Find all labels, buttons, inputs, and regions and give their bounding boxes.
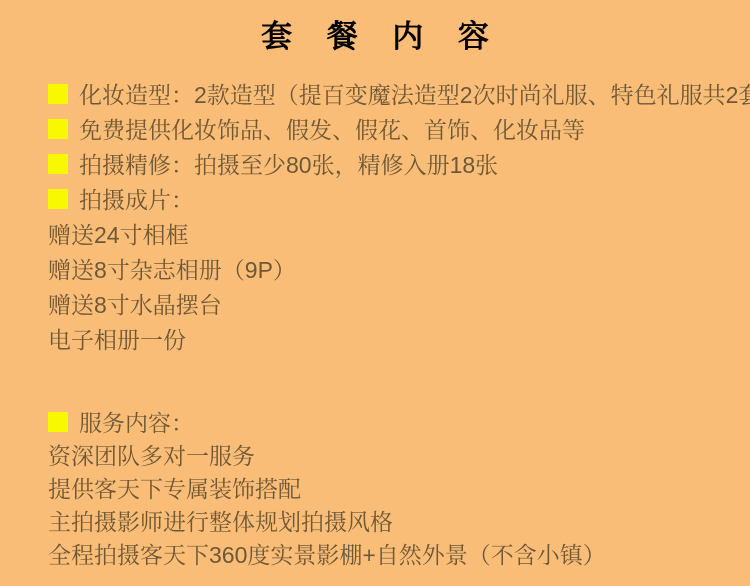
list-item-text: 拍摄精修：拍摄至少80张，精修入册18张 [79,147,498,180]
list-item: 赠送8寸杂志相册（9P） [48,251,726,286]
list-item-text: 化妆造型：2款造型（提百变魔法造型2次时尚礼服、特色礼服共2套） [79,77,750,110]
section-service-items: 服务内容： 资深团队多对一服务 提供客天下专属装饰搭配 主拍摄影师进行整体规划拍… [48,405,726,570]
package-content-poster: 套 餐 内 容 化妆造型：2款造型（提百变魔法造型2次时尚礼服、特色礼服共2套）… [0,0,750,586]
bullet-square-icon [48,119,68,139]
bullet-square-icon [48,84,68,104]
list-item-text: 全程拍摄客天下360度实景影棚+自然外景（不含小镇） [48,537,606,570]
list-item-text: 提供客天下专属装饰搭配 [48,471,301,504]
content-area: 化妆造型：2款造型（提百变魔法造型2次时尚礼服、特色礼服共2套） 免费提供化妆饰… [0,76,750,570]
list-item: 主拍摄影师进行整体规划拍摄风格 [48,504,726,537]
list-item-text: 主拍摄影师进行整体规划拍摄风格 [48,504,393,537]
list-item: 资深团队多对一服务 [48,438,726,471]
list-item: 赠送24寸相框 [48,216,726,251]
list-item: 免费提供化妆饰品、假发、假花、首饰、化妆品等 [48,111,726,146]
list-item-text: 赠送24寸相框 [48,217,189,250]
list-item-text: 赠送8寸杂志相册（9P） [48,252,296,285]
list-item: 全程拍摄客天下360度实景影棚+自然外景（不含小镇） [48,537,726,570]
list-item: 拍摄成片： [48,181,726,216]
list-item: 化妆造型：2款造型（提百变魔法造型2次时尚礼服、特色礼服共2套） [48,76,726,111]
section-package-items: 化妆造型：2款造型（提百变魔法造型2次时尚礼服、特色礼服共2套） 免费提供化妆饰… [48,76,726,356]
list-item-text: 免费提供化妆饰品、假发、假花、首饰、化妆品等 [79,112,585,145]
list-item: 拍摄精修：拍摄至少80张，精修入册18张 [48,146,726,181]
list-item-text: 拍摄成片： [79,182,194,215]
bullet-square-icon [48,154,68,174]
list-item-text: 资深团队多对一服务 [48,438,255,471]
list-item: 提供客天下专属装饰搭配 [48,471,726,504]
list-item-text: 电子相册一份 [48,322,186,355]
bullet-square-icon [48,189,68,209]
list-item: 赠送8寸水晶摆台 [48,286,726,321]
list-item-text: 服务内容： [79,405,194,438]
list-item: 服务内容： [48,405,726,438]
list-item: 电子相册一份 [48,321,726,356]
bullet-square-icon [48,412,68,432]
list-item-text: 赠送8寸水晶摆台 [48,287,222,320]
page-title: 套 餐 内 容 [0,0,750,54]
